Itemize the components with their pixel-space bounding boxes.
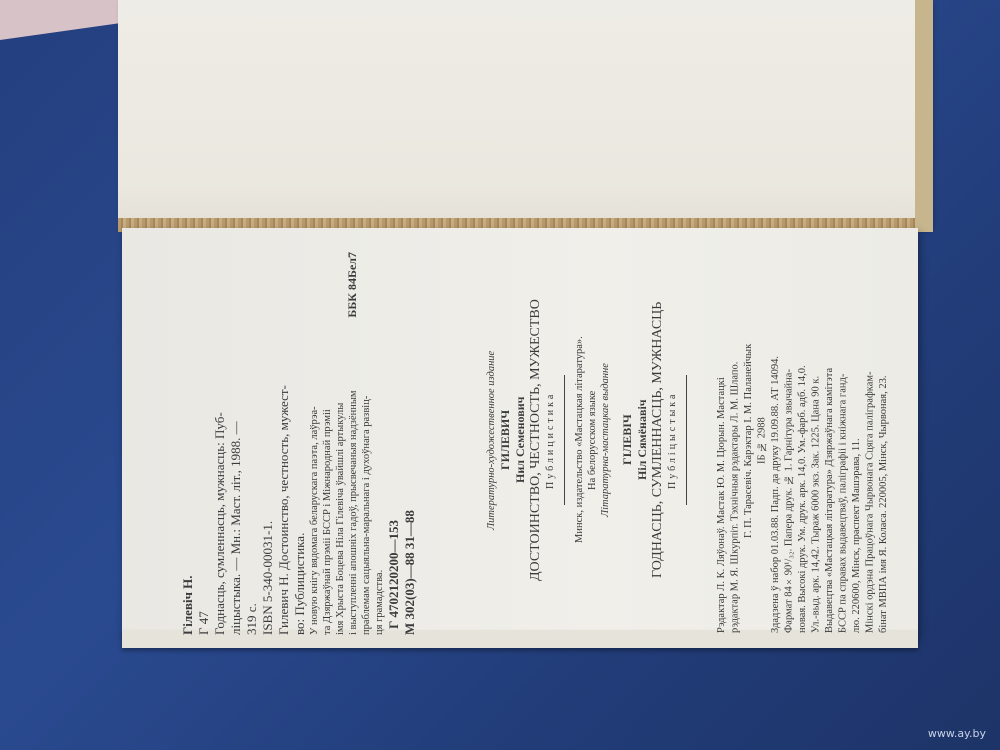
production-line: Ул.-выд. арк. 14,42. Тыраж 6000 экз. Зак… bbox=[810, 248, 824, 633]
annotation-line: праблемам сацыяльна-маральнага і духоўна… bbox=[360, 255, 373, 635]
publisher-line: лю. 220600, Мінск, праспект Машэрава, 11… bbox=[850, 248, 864, 633]
isbn: ISBN 5-340-00031-1. bbox=[260, 255, 276, 635]
code-suffix: 31—88 bbox=[402, 510, 417, 549]
catalog-index: Г 47 bbox=[196, 255, 212, 635]
be-edition-type: Літаратурна-мастацкае выданне bbox=[599, 250, 612, 630]
ru-language: На белорусском языке bbox=[586, 250, 599, 630]
be-title: ГОДНАСЦЬ, СУМЛЕННАСЦЬ, МУЖНАСЦЬ bbox=[650, 250, 665, 630]
code-numerator: 4702120200—153 bbox=[386, 520, 401, 618]
be-author-name: Ніл Сямёнавіч bbox=[635, 250, 650, 630]
annotation-line: ця грамадства. bbox=[373, 255, 386, 635]
publisher-line: Выдавецтва «Мастацкая літаратура» Дзяржа… bbox=[823, 248, 837, 633]
printer-line: Мінскі ордэна Працоўнага Чырвонага Сцяга… bbox=[864, 248, 878, 633]
ru-publisher: Минск, издательство «Мастацкая літаратур… bbox=[573, 250, 586, 630]
production-line: Здадзена ў набор 01.03.88. Падп. да друк… bbox=[769, 248, 783, 633]
facing-page-blank bbox=[118, 0, 928, 228]
divider bbox=[687, 375, 688, 505]
catalog-line: 319 с. bbox=[244, 255, 260, 635]
catalog-card: Гілевіч Н. Г 47 Годнасць, сумленнасць, м… bbox=[180, 255, 418, 635]
be-author-surname: ГІЛЕВІЧ bbox=[620, 250, 635, 630]
ru-author-surname: ГИЛЕВИЧ bbox=[498, 250, 513, 630]
code-letter: Г bbox=[386, 621, 401, 629]
divider bbox=[565, 375, 566, 505]
ru-title-line: Гилевич Н. Достоинство, честность, мужес… bbox=[276, 255, 292, 635]
bbk-code: ББК 84Бел7 bbox=[345, 252, 360, 318]
imprint-block: Рэдактар Л. К. Ляўонаў. Мастак Ю. М. Цюр… bbox=[715, 248, 891, 633]
title-block: Литературно-художественное издание ГИЛЕВ… bbox=[485, 250, 695, 630]
book-cover-edge bbox=[915, 0, 933, 232]
be-genre: Публіцыстыка bbox=[665, 250, 680, 630]
publisher-line: БССР па справах выдавецтваў, паліграфіі … bbox=[837, 248, 851, 633]
editors-line: Г. П. Тарасевіч. Карэктар І. М. Паланейч… bbox=[742, 248, 756, 633]
production-line: Фармат 84×90¹/₃₂. Папера друк. № 1. Гарн… bbox=[783, 248, 797, 633]
ru-genre: Публицистика bbox=[543, 250, 558, 630]
watermark: www.ay.by bbox=[928, 727, 986, 740]
production-line: новая. Высокі друк. Ум. друк. арк. 14,0.… bbox=[796, 248, 810, 633]
annotation-line: та Дзяржаўнай прэміі БССР і Міжнароднай … bbox=[321, 255, 334, 635]
ru-author-name: Нил Семенович bbox=[513, 250, 528, 630]
ru-title-line: во: Публицистика. bbox=[292, 255, 308, 635]
editors-line: Рэдактар Л. К. Ляўонаў. Мастак Ю. М. Цюр… bbox=[715, 248, 729, 633]
annotation-line: У новую кнігу вядомага беларускага паэта… bbox=[308, 255, 321, 635]
ib-number: ІБ № 2988 bbox=[756, 248, 770, 633]
catalog-line: ліцыстыка. — Мн.: Маст. літ., 1988. — bbox=[228, 255, 244, 635]
editors-line: рэдактар М. Я. Шкурпіт. Тэхнічныя рэдакт… bbox=[729, 248, 743, 633]
ru-title: ДОСТОИНСТВО, ЧЕСТНОСТЬ, МУЖЕСТВО bbox=[528, 250, 543, 630]
catalog-line: Годнасць, сумленнасць, мужнасць: Пуб- bbox=[212, 255, 228, 635]
printer-line: бінат МВПА імя Я. Коласа. 220005, Мінск,… bbox=[877, 248, 891, 633]
code-denominator: М 302(03)—88 bbox=[402, 552, 417, 635]
catalog-author: Гілевіч Н. bbox=[180, 255, 196, 635]
ru-edition-type: Литературно-художественное издание bbox=[485, 250, 498, 630]
